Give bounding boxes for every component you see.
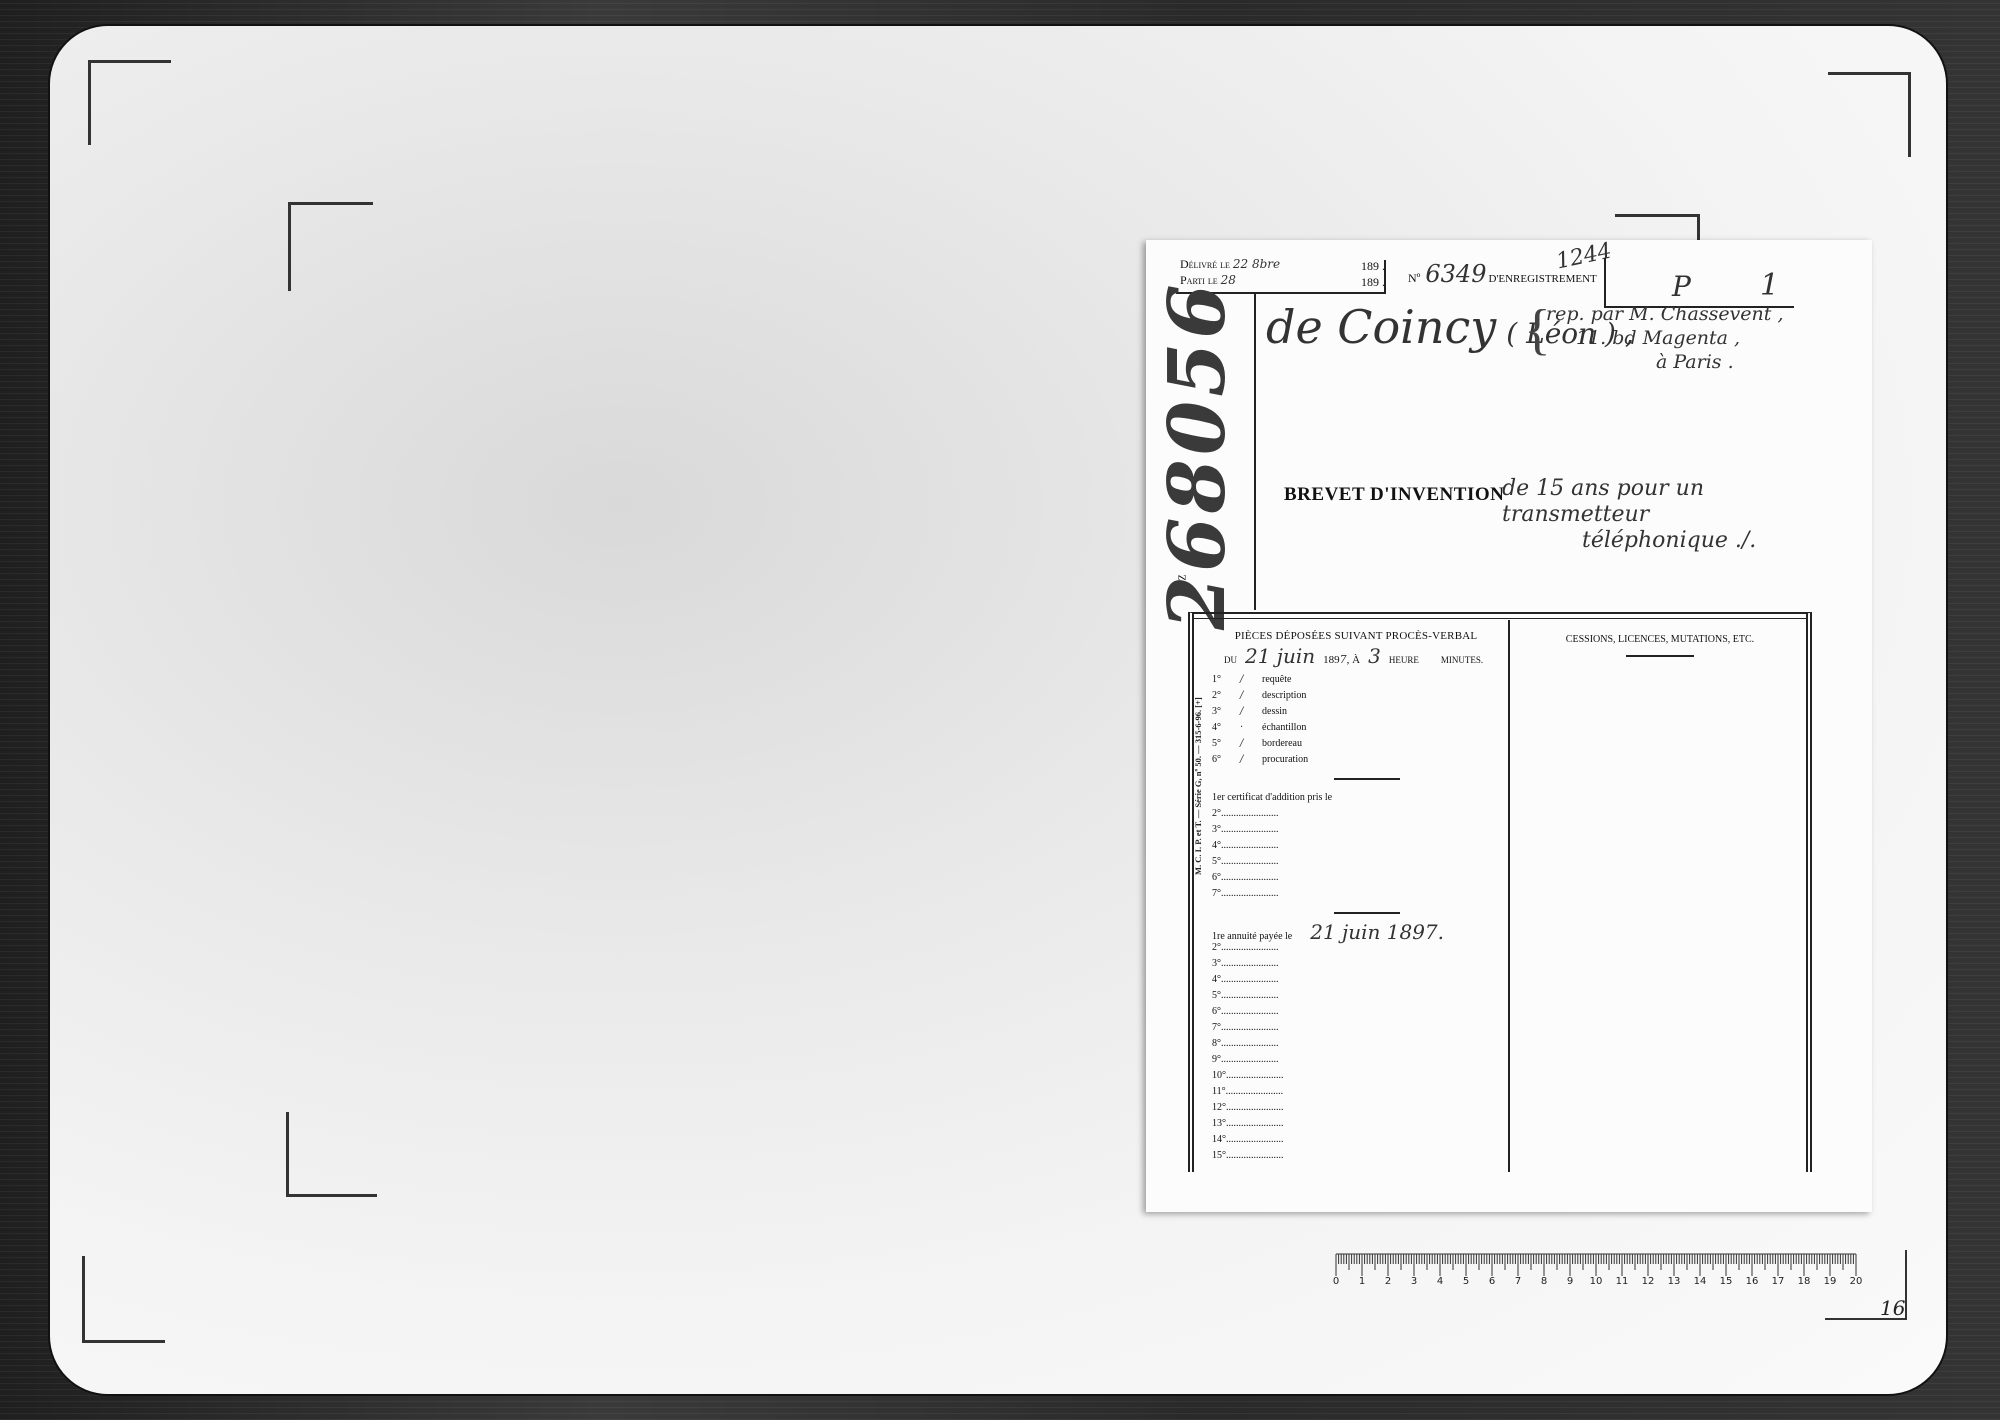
entry-number: 11° (1212, 1086, 1226, 1097)
holder-address: rep. par M. Chassevent , 11. bd Magenta … (1546, 302, 1806, 374)
certificates-list: 2°.......................3°.............… (1206, 806, 1506, 902)
corner-mark-outer-top-left (88, 60, 171, 145)
dot-leader: ....................... (1221, 840, 1279, 851)
ruler-label: 1 (1359, 1276, 1365, 1287)
ruler-label: 18 (1798, 1276, 1811, 1287)
record-table: PIÈCES DÉPOSÉES SUIVANT PROCÈS-VERBAL DU… (1188, 612, 1812, 1172)
dotted-entry-row: 13°....................... (1206, 1116, 1506, 1132)
registration-number-hand: 6349 (1425, 260, 1486, 288)
hour-label: HEURE (1389, 655, 1419, 665)
piece-label: bordereau (1262, 736, 1302, 752)
dot-leader: ....................... (1226, 1134, 1284, 1145)
dotted-entry-row: 14°....................... (1206, 1132, 1506, 1148)
delivered-label: Délivré le (1180, 257, 1230, 271)
piece-item: 1°/requête (1206, 672, 1506, 688)
dot-leader: ....................... (1221, 856, 1279, 867)
piece-label: requête (1262, 672, 1291, 688)
dot-leader: ....................... (1226, 1086, 1284, 1097)
entry-number: 13° (1212, 1118, 1226, 1129)
cessions-column: CESSIONS, LICENCES, MUTATIONS, ETC. (1520, 634, 1800, 657)
class-number: 1 (1760, 268, 1779, 303)
patent-record-card: Délivré le 22 8bre Parti le 28 189 . 189… (1146, 240, 1872, 1212)
dotted-entry-row: 3°....................... (1206, 822, 1506, 838)
brevet-description: de 15 ans pour un transmetteur téléphoni… (1502, 476, 1842, 554)
dot-leader: ....................... (1226, 1150, 1284, 1161)
entry-number: 2° (1212, 808, 1221, 819)
registration-prefix: Nº (1408, 271, 1420, 285)
delivered-date-hand: 22 8bre (1233, 257, 1280, 271)
dot-leader: ....................... (1226, 1070, 1284, 1081)
section-rule (1334, 778, 1400, 780)
dot-leader: ....................... (1221, 1054, 1279, 1065)
piece-item: 5°/bordereau (1206, 736, 1506, 752)
pieces-column: PIÈCES DÉPOSÉES SUIVANT PROCÈS-VERBAL DU… (1206, 630, 1506, 1164)
address-line: rep. par M. Chassevent , (1546, 302, 1806, 326)
ruler-label: 8 (1541, 1276, 1547, 1287)
entry-number: 14° (1212, 1134, 1226, 1145)
a-label: , À (1347, 654, 1360, 666)
dot-leader: ....................... (1221, 942, 1279, 953)
pieces-list: 1°/requête2°/description3°/dessin4°·écha… (1206, 672, 1506, 768)
ruler-label: 13 (1668, 1276, 1681, 1287)
margin-mark: Z (1178, 574, 1189, 580)
year-printed-2: 189 . (1361, 274, 1385, 290)
dot-leader: ....................... (1226, 1118, 1284, 1129)
ruler-label: 17 (1772, 1276, 1785, 1287)
entry-number: 5° (1212, 990, 1221, 1001)
dotted-entry-row: 12°....................... (1206, 1100, 1506, 1116)
ruler-label: 3 (1411, 1276, 1417, 1287)
entry-number: 8° (1212, 1038, 1221, 1049)
entry-number: 9° (1212, 1054, 1221, 1065)
entry-number: 6° (1212, 1006, 1221, 1017)
dot-leader: ....................... (1221, 958, 1279, 969)
address-line: à Paris . (1546, 350, 1806, 374)
dotted-entry-row: 10°....................... (1206, 1068, 1506, 1084)
entry-number: 7° (1212, 1022, 1221, 1033)
piece-check-mark: / (1240, 752, 1262, 768)
dot-leader: ....................... (1221, 974, 1279, 985)
ruler-label: 7 (1515, 1276, 1521, 1287)
year-printed-1: 189 . (1361, 258, 1385, 274)
piece-item: 6°/procuration (1206, 752, 1506, 768)
ruler-label: 15 (1720, 1276, 1733, 1287)
ruler-label: 19 (1824, 1276, 1837, 1287)
cessions-title: CESSIONS, LICENCES, MUTATIONS, ETC. (1520, 634, 1800, 645)
piece-number: 1° (1206, 672, 1240, 688)
piece-number: 4° (1206, 720, 1240, 736)
ruler-label: 16 (1746, 1276, 1759, 1287)
dotted-entry-row: 6°....................... (1206, 1004, 1506, 1020)
piece-check-mark: · (1240, 720, 1262, 736)
minutes-label: MINUTES. (1441, 655, 1483, 665)
ruler-ticks (1332, 1252, 1862, 1278)
dot-leader: ....................... (1221, 872, 1279, 883)
page-number: 16 (1880, 1296, 1905, 1320)
dotted-entry-row: 7°....................... (1206, 1020, 1506, 1036)
brevet-label: BREVET D'INVENTION (1284, 484, 1504, 506)
dotted-entry-row: 5°....................... (1206, 854, 1506, 870)
class-letter: P (1672, 270, 1691, 303)
dot-leader: ....................... (1221, 888, 1279, 899)
measurement-ruler: 01234567891011121314151617181920 (1332, 1252, 1862, 1292)
corner-mark-outer-bottom-left (82, 1256, 165, 1343)
piece-number: 2° (1206, 688, 1240, 704)
entry-number: 12° (1212, 1102, 1226, 1113)
dot-leader: ....................... (1221, 1006, 1279, 1017)
pv-date-hand: 21 juin (1245, 644, 1315, 668)
piece-number: 5° (1206, 736, 1240, 752)
piece-check-mark: / (1240, 704, 1262, 720)
ruler-label: 14 (1694, 1276, 1707, 1287)
piece-item: 2°/description (1206, 688, 1506, 704)
entry-number: 15° (1212, 1150, 1226, 1161)
piece-item: 4°·échantillon (1206, 720, 1506, 736)
dotted-entry-row: 4°....................... (1206, 838, 1506, 854)
margin-rule (1254, 292, 1256, 610)
brevet-description-line: de 15 ans pour un transmetteur (1502, 476, 1842, 528)
entry-number: 3° (1212, 824, 1221, 835)
ruler-label: 9 (1567, 1276, 1573, 1287)
entry-number: 10° (1212, 1070, 1226, 1081)
dot-leader: ....................... (1226, 1102, 1284, 1113)
printer-imprint: M. C. I. P. et T. — Série G, nº 50. — 31… (1193, 655, 1203, 875)
dotted-entry-row: 6°....................... (1206, 870, 1506, 886)
certificate-first: 1er certificat d'addition pris le (1206, 790, 1506, 806)
cessions-rule (1626, 655, 1694, 657)
dotted-entry-row: 15°....................... (1206, 1148, 1506, 1164)
pv-year-hand: 7 (1340, 653, 1347, 666)
piece-number: 3° (1206, 704, 1240, 720)
brevet-description-line: téléphonique ./. (1502, 528, 1842, 554)
section-rule (1334, 912, 1400, 914)
column-divider (1508, 620, 1510, 1172)
year-column: 189 . 189 . (1361, 258, 1385, 290)
dotted-entry-row: 9°....................... (1206, 1052, 1506, 1068)
holder-surname: de Coincy (1266, 300, 1496, 354)
header-divider-vertical (1384, 260, 1386, 294)
dot-leader: ....................... (1221, 808, 1279, 819)
dotted-entry-row: 7°....................... (1206, 886, 1506, 902)
du-label: DU (1224, 655, 1237, 665)
piece-label: échantillon (1262, 720, 1306, 736)
ruler-label: 12 (1642, 1276, 1655, 1287)
dotted-entry-row: 11°....................... (1206, 1084, 1506, 1100)
piece-label: dessin (1262, 704, 1287, 720)
piece-label: description (1262, 688, 1306, 704)
patent-number: 268056 (1152, 330, 1232, 630)
dot-leader: ....................... (1221, 990, 1279, 1001)
annuity-first-date: 21 juin 1897. (1310, 924, 1444, 940)
corner-mark-inner-bottom-left (286, 1112, 377, 1197)
registration-label: D'ENREGISTREMENT (1488, 273, 1596, 285)
dotted-entry-row: 3°....................... (1206, 956, 1506, 972)
pv-year-printed: 189 (1323, 654, 1340, 666)
pieces-title: PIÈCES DÉPOSÉES SUIVANT PROCÈS-VERBAL (1206, 630, 1506, 642)
pv-hour-hand: 3 (1368, 644, 1381, 668)
entry-number: 3° (1212, 958, 1221, 969)
address-line: 11. bd Magenta , (1546, 326, 1806, 350)
piece-label: procuration (1262, 752, 1308, 768)
corner-mark-inner-top-left (288, 202, 373, 291)
corner-mark-outer-top-right (1828, 72, 1911, 157)
ruler-label: 0 (1333, 1276, 1339, 1287)
entry-number: 4° (1212, 840, 1221, 851)
proces-verbal-line: DU 21 juin 1897, À 3 HEURE MINUTES. (1206, 644, 1506, 668)
ruler-label: 20 (1850, 1276, 1863, 1287)
dotted-entry-row: 8°....................... (1206, 1036, 1506, 1052)
piece-item: 3°/dessin (1206, 704, 1506, 720)
ruler-label: 11 (1616, 1276, 1629, 1287)
annuities-list: 2°.......................3°.............… (1206, 940, 1506, 1164)
piece-check-mark: / (1240, 688, 1262, 704)
entry-number: 5° (1212, 856, 1221, 867)
dotted-entry-row: 5°....................... (1206, 988, 1506, 1004)
annuity-first: 1re annuité payée le 21 juin 1897. (1206, 924, 1506, 940)
entry-number: 7° (1212, 888, 1221, 899)
piece-check-mark: / (1240, 736, 1262, 752)
entry-number: 4° (1212, 974, 1221, 985)
ruler-label: 5 (1463, 1276, 1469, 1287)
dotted-entry-row: 4°....................... (1206, 972, 1506, 988)
entry-number: 6° (1212, 872, 1221, 883)
ruler-label: 4 (1437, 1276, 1443, 1287)
dot-leader: ....................... (1221, 1038, 1279, 1049)
ruler-label: 2 (1385, 1276, 1391, 1287)
dotted-entry-row: 2°....................... (1206, 806, 1506, 822)
piece-check-mark: / (1240, 672, 1262, 688)
dot-leader: ....................... (1221, 1022, 1279, 1033)
ruler-label: 6 (1489, 1276, 1495, 1287)
dot-leader: ....................... (1221, 824, 1279, 835)
ruler-label: 10 (1590, 1276, 1603, 1287)
entry-number: 2° (1212, 942, 1221, 953)
piece-number: 6° (1206, 752, 1240, 768)
